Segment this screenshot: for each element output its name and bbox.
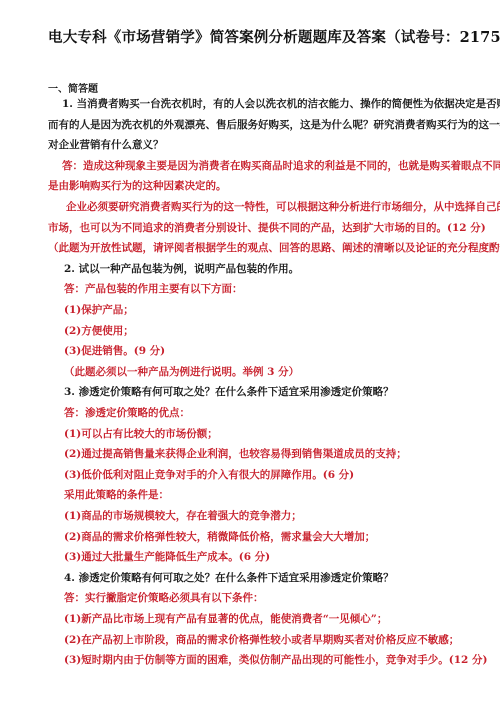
answer-line: 市场，也可以为不同追求的消费者分别设计、提供不同的产品，达到扩大市场的目的。(1… (48, 220, 486, 235)
answer-line: 企业必须要研究消费者购买行为的这一特性，可以根据这种分析进行市场细分，从中选择自… (66, 199, 500, 214)
answer-line: (3)促进销售。(9 分) (64, 343, 165, 358)
question-line: 对企业营销有什么意义？ (48, 137, 164, 152)
answer-line: 答：造成这种现象主要是因为消费者在购买商品时追求的利益是不同的，也就是购买着眼点… (62, 158, 500, 173)
answer-line: (1)保护产品； (64, 302, 134, 317)
answer-line: (3)低价低利对阻止竞争对手的介入有很大的屏障作用。(6 分) (64, 467, 354, 482)
answer-line: 采用此策略的条件是： (64, 487, 169, 502)
answer-line: 答：渗透定价策略的优点： (64, 405, 190, 420)
answer-line: (2)通过提高销售量来获得企业利润，也较容易得到销售渠道成员的支持； (64, 446, 407, 461)
question-line: 1. 当消费者购买一台洗衣机时，有的人会以洗衣机的洁衣能力、操作的简便性为依据决… (62, 96, 500, 111)
question-line: 2. 试以一种产品包装为例，说明产品包装的作用。 (64, 261, 299, 276)
answer-line: (1)可以占有比较大的市场份额； (64, 426, 218, 441)
section-heading: 一、简答题 (48, 80, 98, 95)
question-line: 而有的人是因为洗衣机的外观漂亮、售后服务好购买，这是为什么呢？研究消费者购买行为… (48, 117, 500, 132)
question-line: 3. 渗透定价策略有何可取之处？在什么条件下适宜采用渗透定价策略？ (64, 384, 394, 399)
answer-line: (1)商品的市场规模较大，存在着强大的竞争潜力； (64, 508, 302, 523)
answer-line: (1)新产品比市场上现有产品有显著的优点，能使消费者“一见倾心”； (64, 611, 387, 626)
answer-line: (2)方便使用； (64, 323, 134, 338)
answer-line: 答：产品包装的作用主要有以下方面： (64, 281, 243, 296)
question-line: 4. 渗透定价策略有何可取之处？在什么条件下适宜采用渗透定价策略？ (64, 570, 394, 585)
answer-line: (2)在产品初上市阶段，商品的需求价格弹性较小或者早期购买者对价格反应不敏感； (64, 632, 459, 647)
answer-line: 答：实行撇脂定价策略必须具有以下条件： (64, 590, 264, 605)
answer-line: （此题必须以一种产品为例进行说明。举例 3 分） (64, 364, 299, 379)
answer-line: 是由影响购买行为的这种因素决定的。 (48, 178, 227, 193)
document-title: 电大专科《市场营销学》简答案例分析题题库及答案（试卷号：2175） (48, 26, 500, 47)
answer-line: (3)通过大批量生产能降低生产成本。(6 分) (64, 549, 270, 564)
answer-line: (3)短时期内由于仿制等方面的困难，类似仿制产品出现的可能性小，竞争对手少。(1… (64, 652, 487, 667)
answer-line: （此题为开放性试题，请评阅者根据学生的观点、回答的思路、阐述的清晰以及论证的充分… (48, 240, 500, 255)
answer-line: (2)商品的需求价格弹性较大，稍微降低价格，需求量会大大增加； (64, 529, 375, 544)
